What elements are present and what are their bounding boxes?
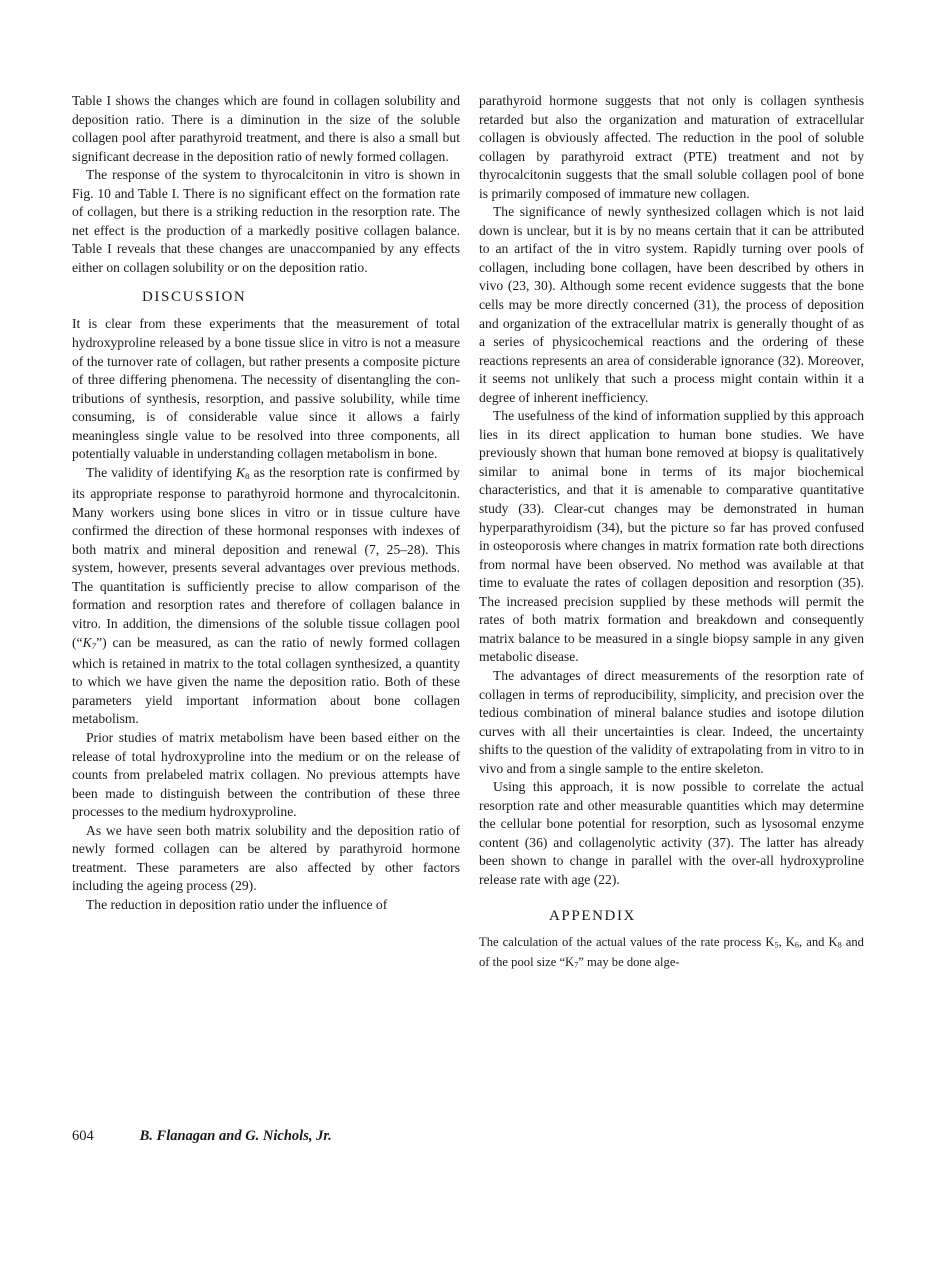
text: ”) can be measured, as can the ratio of …: [72, 635, 460, 727]
paragraph: As we have seen both matrix solubility a…: [72, 822, 460, 896]
paragraph: The advantages of direct measurements of…: [479, 667, 864, 778]
paragraph: The response of the system to thyrocalci…: [72, 166, 460, 277]
paragraph: Using this approach, it is now possible …: [479, 778, 864, 889]
text: The validity of identifying: [86, 465, 236, 480]
paragraph: The significance of newly synthesized co…: [479, 203, 864, 407]
paragraph: The reduction in deposition ratio under …: [72, 896, 460, 915]
paragraph: The validity of identifying K8 as the re…: [72, 464, 460, 729]
text: ” may be done alge-: [578, 955, 679, 969]
appendix-paragraph: The calculation of the actual values of …: [479, 934, 864, 974]
paragraph: Prior studies of matrix metabolism have …: [72, 729, 460, 822]
text: , and K: [799, 935, 838, 949]
section-heading-appendix: APPENDIX: [479, 906, 864, 926]
section-heading-discussion: DISCUSSION: [72, 287, 460, 307]
paragraph: parathyroid hormone suggests that not on…: [479, 92, 864, 203]
page-footer: 604 B. Flanagan and G. Nichols, Jr.: [72, 1128, 332, 1145]
symbol-k: K: [236, 465, 245, 480]
text: , K: [779, 935, 795, 949]
left-column: Table I shows the changes which are foun…: [72, 92, 460, 915]
symbol-k: K: [83, 635, 92, 650]
page-number: 604: [72, 1128, 136, 1145]
paragraph: The usefulness of the kind of informatio…: [479, 407, 864, 667]
text: as the resorption rate is confirmed by i…: [72, 465, 460, 650]
text: The calculation of the actual values of …: [479, 935, 774, 949]
right-column: parathyroid hormone suggests that not on…: [479, 92, 864, 974]
paragraph: Table I shows the changes which are foun…: [72, 92, 460, 166]
running-authors: B. Flanagan and G. Nichols, Jr.: [140, 1128, 332, 1144]
paragraph: It is clear from these experiments that …: [72, 315, 460, 463]
